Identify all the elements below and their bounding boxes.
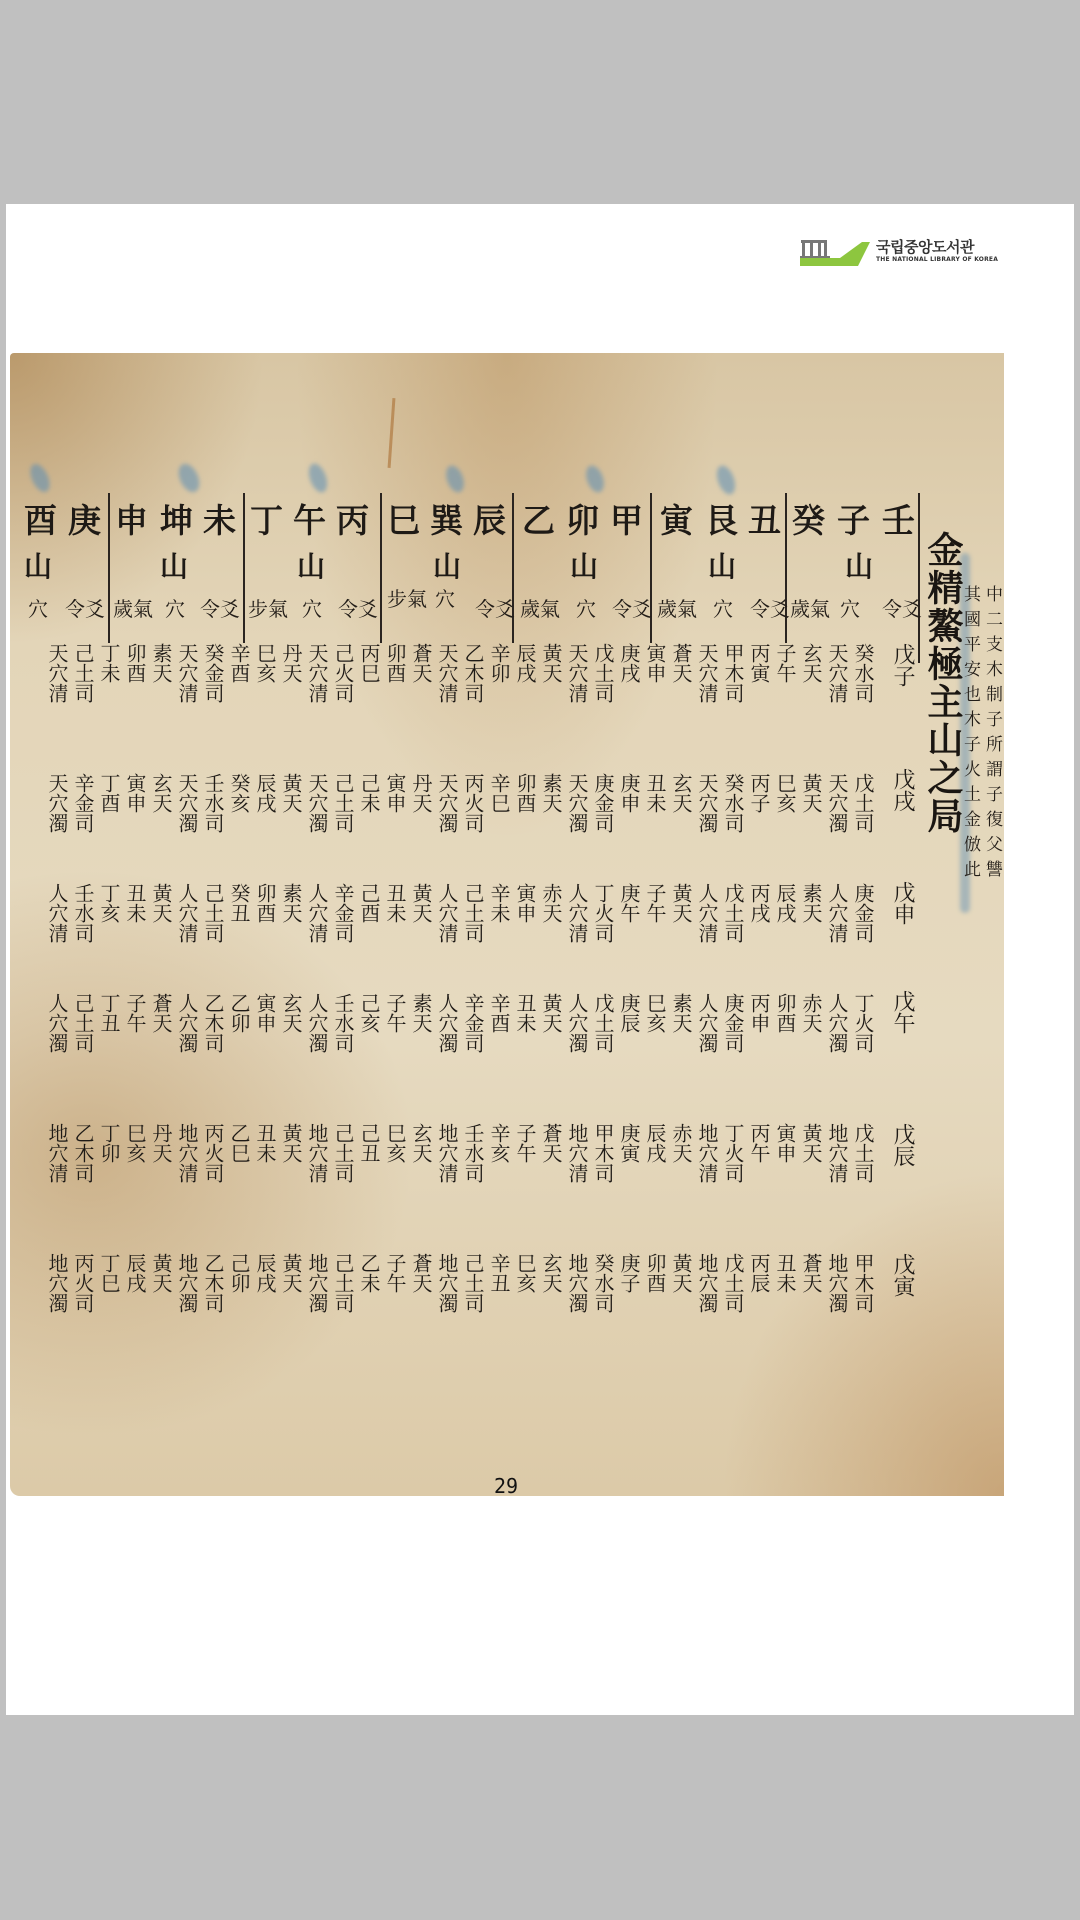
table-cell: 己土司 bbox=[72, 993, 94, 1053]
table-cell: 己酉 bbox=[358, 883, 380, 923]
table-cell: 蒼天 bbox=[800, 1253, 822, 1293]
table-cell: 卯酉 bbox=[124, 643, 146, 683]
table-cell: 寅申 bbox=[644, 643, 666, 683]
table-cell: 地穴清 bbox=[826, 1123, 848, 1183]
table-cell: 人穴清 bbox=[176, 883, 198, 943]
table-cell: 地穴濁 bbox=[306, 1253, 328, 1313]
table-cell: 地穴清 bbox=[696, 1123, 718, 1183]
table-cell: 丙午 bbox=[748, 1123, 770, 1163]
table-cell: 黃天 bbox=[280, 1253, 302, 1293]
table-cell: 黃天 bbox=[280, 1123, 302, 1163]
table-cell: 丁火司 bbox=[592, 883, 614, 943]
table-cell: 丑未 bbox=[124, 883, 146, 923]
header-sub: 穴 bbox=[28, 593, 48, 622]
table-cell: 人穴清 bbox=[696, 883, 718, 943]
table-cell: 乙木司 bbox=[72, 1123, 94, 1183]
table-cell: 地穴濁 bbox=[566, 1253, 588, 1313]
table-cell: 素天 bbox=[670, 993, 692, 1033]
table-cell: 丑未 bbox=[384, 883, 406, 923]
table-cell: 黃天 bbox=[280, 773, 302, 813]
table-cell: 丁巳 bbox=[98, 1253, 120, 1293]
header-sub: 步氣 bbox=[248, 593, 288, 622]
column-rule bbox=[918, 493, 920, 663]
table-cell: 天穴濁 bbox=[436, 773, 458, 833]
header-sub: 穴 bbox=[840, 593, 860, 622]
table-cell: 黃天 bbox=[150, 883, 172, 923]
header-stem: 申 bbox=[115, 495, 148, 542]
table-cell: 戊土司 bbox=[592, 643, 614, 703]
header-mountain: 山 bbox=[570, 545, 598, 585]
header-stem: 庚 bbox=[68, 495, 101, 542]
table-cell: 辛未 bbox=[488, 883, 510, 923]
table-cell: 蒼天 bbox=[150, 993, 172, 1033]
table-cell: 天穴濁 bbox=[566, 773, 588, 833]
table-cell: 玄天 bbox=[800, 643, 822, 683]
table-cell: 丙辰 bbox=[748, 1253, 770, 1293]
table-cell: 甲木司 bbox=[722, 643, 744, 703]
table-cell: 辛金司 bbox=[72, 773, 94, 833]
table-cell: 己土司 bbox=[462, 883, 484, 943]
table-cell: 人穴濁 bbox=[826, 993, 848, 1053]
header-stem: 艮 bbox=[705, 495, 738, 542]
header-sub: 令爻 bbox=[200, 593, 240, 622]
table-cell: 人穴清 bbox=[826, 883, 848, 943]
table-cell: 玄天 bbox=[280, 993, 302, 1033]
header-stem: 卯 bbox=[566, 495, 599, 542]
table-cell: 赤天 bbox=[800, 993, 822, 1033]
table-cell: 己火司 bbox=[332, 643, 354, 703]
table-cell: 丁卯 bbox=[98, 1123, 120, 1163]
header-sub: 令爻 bbox=[65, 593, 105, 622]
table-cell: 天穴清 bbox=[306, 643, 328, 703]
table-cell: 素天 bbox=[150, 643, 172, 683]
table-cell: 戊土司 bbox=[852, 1123, 874, 1183]
table-cell: 己卯 bbox=[228, 1253, 250, 1293]
ink-stain bbox=[713, 463, 738, 497]
table-cell: 癸金司 bbox=[202, 643, 224, 703]
table-cell: 寅申 bbox=[384, 773, 406, 813]
table-cell: 甲木司 bbox=[592, 1123, 614, 1183]
table-cell: 黃天 bbox=[410, 883, 432, 923]
row-label: 戊辰 bbox=[890, 1123, 914, 1167]
table-cell: 丹天 bbox=[410, 773, 432, 813]
table-cell: 天穴清 bbox=[46, 643, 68, 703]
header-mountain: 山 bbox=[160, 545, 188, 585]
table-cell: 戊土司 bbox=[722, 1253, 744, 1313]
table-cell: 蒼天 bbox=[410, 1253, 432, 1293]
table-cell: 庚子 bbox=[618, 1253, 640, 1293]
table-cell: 癸水司 bbox=[852, 643, 874, 703]
table-cell: 癸丑 bbox=[228, 883, 250, 923]
table-cell: 癸水司 bbox=[592, 1253, 614, 1313]
table-cell: 玄天 bbox=[410, 1123, 432, 1163]
table-cell: 子午 bbox=[774, 643, 796, 683]
header-sub: 令爻 bbox=[338, 593, 378, 622]
table-cell: 人穴濁 bbox=[46, 993, 68, 1053]
annotation-right: 中二支木制子所謂子復父讐 bbox=[982, 585, 1002, 885]
header-mountain: 山 bbox=[708, 545, 736, 585]
table-cell: 丁丑 bbox=[98, 993, 120, 1033]
table-cell: 丙火司 bbox=[72, 1253, 94, 1313]
header-stem: 坤 bbox=[160, 495, 193, 542]
header-sub: 步氣 bbox=[387, 583, 427, 612]
table-cell: 地穴濁 bbox=[176, 1253, 198, 1313]
table-cell: 地穴濁 bbox=[436, 1253, 458, 1313]
header-stem: 巽 bbox=[430, 495, 463, 542]
header-stem: 癸 bbox=[792, 495, 825, 542]
table-cell: 寅申 bbox=[514, 883, 536, 923]
library-logo: 국립중앙도서관 THE NATIONAL LIBRARY OF KOREA bbox=[800, 236, 990, 270]
table-cell: 丙申 bbox=[748, 993, 770, 1033]
table-cell: 戊土司 bbox=[592, 993, 614, 1053]
table-cell: 庚金司 bbox=[722, 993, 744, 1053]
ink-stain bbox=[175, 461, 204, 496]
table-cell: 地穴清 bbox=[306, 1123, 328, 1183]
table-cell: 子午 bbox=[384, 993, 406, 1033]
column-rule bbox=[108, 493, 110, 643]
table-cell: 寅申 bbox=[124, 773, 146, 813]
table-cell: 壬水司 bbox=[462, 1123, 484, 1183]
table-cell: 人穴清 bbox=[436, 883, 458, 943]
table-cell: 戊土司 bbox=[852, 773, 874, 833]
table-cell: 玄天 bbox=[150, 773, 172, 813]
table-cell: 庚辰 bbox=[618, 993, 640, 1033]
table-cell: 辛亥 bbox=[488, 1123, 510, 1163]
header-stem: 未 bbox=[203, 495, 236, 542]
table-cell: 辛巳 bbox=[488, 773, 510, 813]
table-cell: 黃天 bbox=[540, 643, 562, 683]
header-stem: 巳 bbox=[387, 495, 420, 542]
header-mountain: 山 bbox=[24, 545, 52, 585]
table-cell: 玄天 bbox=[540, 1253, 562, 1293]
table-cell: 辰戌 bbox=[514, 643, 536, 683]
table-cell: 黃天 bbox=[800, 1123, 822, 1163]
table-cell: 天穴濁 bbox=[46, 773, 68, 833]
table-cell: 地穴清 bbox=[46, 1123, 68, 1183]
table-cell: 丑未 bbox=[254, 1123, 276, 1163]
table-cell: 辰戌 bbox=[254, 773, 276, 813]
header-mountain: 山 bbox=[845, 545, 873, 585]
header-mountain: 山 bbox=[433, 545, 461, 585]
table-cell: 丙火司 bbox=[202, 1123, 224, 1183]
manuscript-image: 壬 子 癸 山 令爻 穴 歲氣 丑 艮 寅 山 令爻 穴 歲氣 甲 卯 乙 山 … bbox=[10, 353, 1004, 1496]
table-cell: 蒼天 bbox=[540, 1123, 562, 1163]
table-cell: 巳亥 bbox=[644, 993, 666, 1033]
table-cell: 庚金司 bbox=[592, 773, 614, 833]
table-cell: 天穴清 bbox=[176, 643, 198, 703]
header-sub: 令爻 bbox=[750, 593, 790, 622]
table-cell: 己土司 bbox=[202, 883, 224, 943]
table-cell: 乙木司 bbox=[202, 1253, 224, 1313]
library-name-korean: 국립중앙도서관 bbox=[876, 236, 974, 257]
header-sub: 令爻 bbox=[882, 593, 922, 622]
header-stem: 壬 bbox=[882, 495, 915, 542]
table-cell: 乙巳 bbox=[228, 1123, 250, 1163]
table-cell: 黃天 bbox=[670, 1253, 692, 1293]
table-cell: 人穴濁 bbox=[306, 993, 328, 1053]
table-cell: 卯酉 bbox=[644, 1253, 666, 1293]
header-mountain: 山 bbox=[297, 545, 325, 585]
table-cell: 丁亥 bbox=[98, 883, 120, 923]
table-cell: 壬水司 bbox=[72, 883, 94, 943]
table-cell: 乙未 bbox=[358, 1253, 380, 1293]
table-cell: 地穴清 bbox=[436, 1123, 458, 1183]
table-cell: 丹天 bbox=[150, 1123, 172, 1163]
header-stem: 乙 bbox=[522, 495, 555, 542]
table-cell: 辰戌 bbox=[124, 1253, 146, 1293]
table-cell: 地穴濁 bbox=[826, 1253, 848, 1313]
table-cell: 庚金司 bbox=[852, 883, 874, 943]
table-cell: 己土司 bbox=[72, 643, 94, 703]
header-sub: 穴 bbox=[435, 583, 455, 612]
table-cell: 己丑 bbox=[358, 1123, 380, 1163]
page-number: 29 bbox=[494, 1474, 518, 1496]
table-cell: 赤天 bbox=[540, 883, 562, 923]
table-cell: 玄天 bbox=[670, 773, 692, 813]
header-stem: 寅 bbox=[660, 495, 693, 542]
table-cell: 丑未 bbox=[774, 1253, 796, 1293]
paper-crease bbox=[388, 398, 396, 468]
table-cell: 庚午 bbox=[618, 883, 640, 923]
table-cell: 素天 bbox=[800, 883, 822, 923]
header-sub: 令爻 bbox=[612, 593, 652, 622]
header-stem: 午 bbox=[293, 495, 326, 542]
table-cell: 素天 bbox=[280, 883, 302, 923]
table-cell: 壬水司 bbox=[202, 773, 224, 833]
table-cell: 地穴清 bbox=[566, 1123, 588, 1183]
table-cell: 丙戌 bbox=[748, 883, 770, 923]
header-stem: 子 bbox=[837, 495, 870, 542]
header-sub: 穴 bbox=[576, 593, 596, 622]
table-cell: 人穴清 bbox=[566, 883, 588, 943]
table-cell: 寅申 bbox=[774, 1123, 796, 1163]
header-stem: 甲 bbox=[610, 495, 643, 542]
table-cell: 天穴清 bbox=[826, 643, 848, 703]
table-cell: 地穴濁 bbox=[46, 1253, 68, 1313]
header-sub: 穴 bbox=[302, 593, 322, 622]
table-cell: 辰戌 bbox=[254, 1253, 276, 1293]
table-cell: 黃天 bbox=[800, 773, 822, 813]
table-cell: 子午 bbox=[644, 883, 666, 923]
table-cell: 己土司 bbox=[462, 1253, 484, 1313]
row-label: 戊申 bbox=[890, 881, 914, 925]
table-cell: 天穴清 bbox=[566, 643, 588, 703]
row-label: 戊寅 bbox=[890, 1253, 914, 1297]
chapter-title: 金精鰲極主山之局 bbox=[922, 531, 964, 835]
table-cell: 己亥 bbox=[358, 993, 380, 1033]
table-cell: 天穴清 bbox=[436, 643, 458, 703]
table-cell: 丁火司 bbox=[852, 993, 874, 1053]
table-cell: 丙火司 bbox=[462, 773, 484, 833]
table-cell: 丑未 bbox=[644, 773, 666, 813]
table-cell: 丑未 bbox=[514, 993, 536, 1033]
table-cell: 黃天 bbox=[540, 993, 562, 1033]
table-cell: 子午 bbox=[384, 1253, 406, 1293]
table-cell: 巳亥 bbox=[124, 1123, 146, 1163]
header-stem: 酉 bbox=[24, 495, 57, 542]
header-stem: 辰 bbox=[473, 495, 506, 542]
table-cell: 卯酉 bbox=[254, 883, 276, 923]
table-cell: 蒼天 bbox=[410, 643, 432, 683]
library-building-icon bbox=[800, 238, 870, 266]
table-cell: 子午 bbox=[124, 993, 146, 1033]
ink-stain bbox=[443, 463, 468, 495]
table-cell: 丙巳 bbox=[358, 643, 380, 683]
header-sub: 穴 bbox=[165, 593, 185, 622]
header-sub: 歲氣 bbox=[520, 593, 560, 622]
table-cell: 庚申 bbox=[618, 773, 640, 813]
table-cell: 天穴濁 bbox=[176, 773, 198, 833]
table-cell: 辛金司 bbox=[332, 883, 354, 943]
table-cell: 黃天 bbox=[670, 883, 692, 923]
table-cell: 辛金司 bbox=[462, 993, 484, 1053]
table-cell: 巳亥 bbox=[384, 1123, 406, 1163]
table-cell: 癸水司 bbox=[722, 773, 744, 833]
table-cell: 乙卯 bbox=[228, 993, 250, 1033]
table-cell: 丁未 bbox=[98, 643, 120, 683]
table-cell: 戊土司 bbox=[722, 883, 744, 943]
table-cell: 壬水司 bbox=[332, 993, 354, 1053]
table-cell: 地穴濁 bbox=[696, 1253, 718, 1313]
table-cell: 黃天 bbox=[150, 1253, 172, 1293]
ink-stain bbox=[26, 461, 53, 495]
table-cell: 赤天 bbox=[670, 1123, 692, 1163]
table-cell: 乙木司 bbox=[202, 993, 224, 1053]
table-cell: 人穴清 bbox=[46, 883, 68, 943]
table-cell: 天穴濁 bbox=[306, 773, 328, 833]
table-cell: 辛卯 bbox=[488, 643, 510, 683]
table-cell: 癸亥 bbox=[228, 773, 250, 813]
table-cell: 人穴濁 bbox=[436, 993, 458, 1053]
table-cell: 庚戌 bbox=[618, 643, 640, 683]
table-cell: 人穴濁 bbox=[566, 993, 588, 1053]
header-stem: 丁 bbox=[250, 495, 283, 542]
ink-stain bbox=[305, 461, 330, 495]
header-stem: 丙 bbox=[336, 495, 369, 542]
ink-stain bbox=[583, 463, 608, 495]
table-cell: 辛丑 bbox=[488, 1253, 510, 1293]
header-sub: 歲氣 bbox=[657, 593, 697, 622]
table-cell: 丁酉 bbox=[98, 773, 120, 813]
table-cell: 辛酉 bbox=[488, 993, 510, 1033]
table-cell: 巳亥 bbox=[514, 1253, 536, 1293]
table-cell: 辛酉 bbox=[228, 643, 250, 683]
library-name-english: THE NATIONAL LIBRARY OF KOREA bbox=[876, 256, 998, 263]
table-cell: 人穴濁 bbox=[176, 993, 198, 1053]
table-cell: 寅申 bbox=[254, 993, 276, 1033]
table-cell: 己未 bbox=[358, 773, 380, 813]
header-sub: 歲氣 bbox=[790, 593, 830, 622]
table-cell: 庚寅 bbox=[618, 1123, 640, 1163]
table-cell: 辰戌 bbox=[644, 1123, 666, 1163]
table-cell: 辰戌 bbox=[774, 883, 796, 923]
row-label: 戊午 bbox=[890, 990, 914, 1034]
table-cell: 子午 bbox=[514, 1123, 536, 1163]
row-label: 戊戌 bbox=[890, 768, 914, 812]
header-sub: 穴 bbox=[713, 593, 733, 622]
table-cell: 丁火司 bbox=[722, 1123, 744, 1183]
table-cell: 巳亥 bbox=[254, 643, 276, 683]
header-stem: 丑 bbox=[748, 495, 781, 542]
table-cell: 卯酉 bbox=[774, 993, 796, 1033]
header-sub: 令爻 bbox=[475, 593, 515, 622]
table-cell: 己土司 bbox=[332, 1123, 354, 1183]
table-cell: 素天 bbox=[540, 773, 562, 813]
table-cell: 人穴濁 bbox=[696, 993, 718, 1053]
table-cell: 蒼天 bbox=[670, 643, 692, 683]
row-label: 戊子 bbox=[890, 643, 914, 687]
table-cell: 甲木司 bbox=[852, 1253, 874, 1313]
annotation-left: 其國平安也木子火土金倣此 bbox=[960, 585, 980, 885]
table-cell: 素天 bbox=[410, 993, 432, 1033]
table-cell: 卯酉 bbox=[384, 643, 406, 683]
column-rule bbox=[380, 493, 382, 643]
table-cell: 丙寅 bbox=[748, 643, 770, 683]
table-cell: 地穴清 bbox=[176, 1123, 198, 1183]
table-cell: 人穴清 bbox=[306, 883, 328, 943]
table-cell: 丙子 bbox=[748, 773, 770, 813]
column-rule bbox=[243, 493, 245, 643]
table-cell: 天穴濁 bbox=[826, 773, 848, 833]
table-cell: 天穴濁 bbox=[696, 773, 718, 833]
table-cell: 巳亥 bbox=[774, 773, 796, 813]
table-cell: 卯酉 bbox=[514, 773, 536, 813]
table-cell: 乙木司 bbox=[462, 643, 484, 703]
table-cell: 己土司 bbox=[332, 773, 354, 833]
header-sub: 歲氣 bbox=[113, 593, 153, 622]
table-cell: 丹天 bbox=[280, 643, 302, 683]
table-cell: 天穴清 bbox=[696, 643, 718, 703]
table-cell: 己土司 bbox=[332, 1253, 354, 1313]
